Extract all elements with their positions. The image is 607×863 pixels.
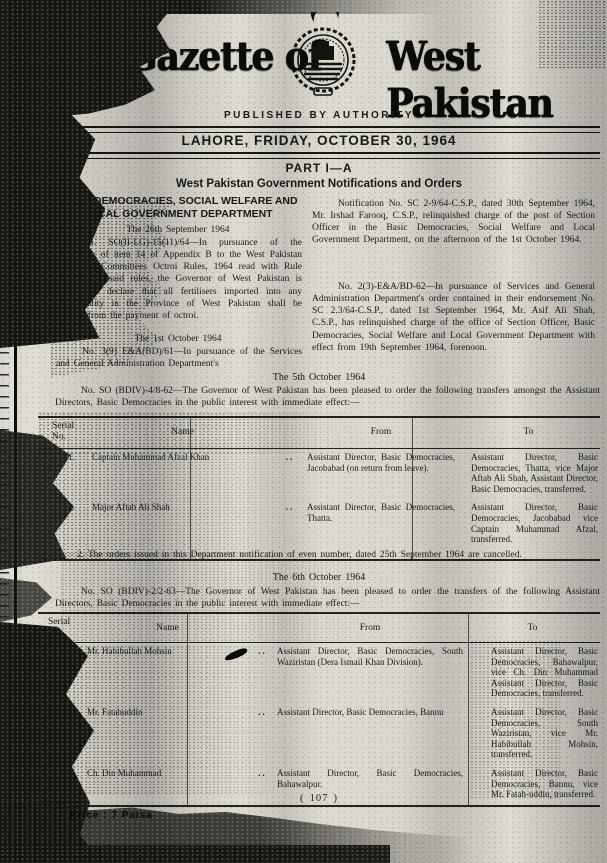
row-name: Mr. Fatahuddin <box>85 704 250 765</box>
table1-header-to: To <box>457 424 600 443</box>
table2-header-row: Serial No. Name From To <box>38 614 600 643</box>
notice1-intro: No. SO (BDIV)-4/8-62—The Governor of Wes… <box>55 385 600 409</box>
right-col-paragraph-2: No. 2(3)-E&A/BD-62—In pursuance of Servi… <box>312 281 595 354</box>
row-name: Captain Muhammad Afzal Khan <box>90 449 275 499</box>
table1-vline-2 <box>412 418 413 559</box>
row-from: Assistant Director, Basic Democracies, J… <box>305 449 457 499</box>
table-row: 1. Mr. Habibullah Mohsin .. Assistant Di… <box>38 643 600 704</box>
west-pakistan-crest-icon <box>284 12 362 100</box>
notice1-date: The 5th October 1964 <box>38 372 600 385</box>
row-name: Mr. Habibullah Mohsin <box>85 643 250 704</box>
notice2-date: The 6th October 1964 <box>38 572 600 585</box>
table2-header-to: To <box>465 620 600 639</box>
dot-leader: .. <box>250 704 275 765</box>
dateline: LAHORE, FRIDAY, OCTOBER 30, 1964 <box>38 133 600 148</box>
table2-header-name: Name <box>85 620 250 639</box>
dot-leader: .. <box>250 643 275 704</box>
row-from: Assistant Director, Basic Democracies, S… <box>275 643 465 704</box>
table1-header-name: Name <box>90 424 275 443</box>
rule-above-dateline <box>38 126 600 133</box>
row-from: Assistant Director, Basic Democracies, B… <box>275 704 465 765</box>
table2-vline-2 <box>468 614 469 805</box>
section-title: West Pakistan Government Notifications a… <box>38 178 600 190</box>
transfers-table-2: Serial No. Name From To 1. Mr. Habibulla… <box>38 612 600 807</box>
table2-header-from: From <box>275 620 465 639</box>
price-line: Price : 7 Paisa <box>70 810 153 821</box>
table2-vline-1 <box>187 614 188 805</box>
right-col-paragraph-1: Notification No. SC 2-9/64-C.S.P., dated… <box>312 198 595 247</box>
table-row: 2. Mr. Fatahuddin .. Assistant Director,… <box>38 704 600 765</box>
dot-leader: .. <box>275 449 305 499</box>
table1-vline-1 <box>190 418 191 559</box>
left-col-paragraph-2: No. 3(9) E&A(BD)/61—In pursuance of the … <box>56 346 302 370</box>
table1-header-from: From <box>305 424 457 443</box>
row-to: Assistant Director, Basic Democracies, T… <box>457 449 600 499</box>
page-number: ( 107 ) <box>38 792 600 805</box>
published-by-authority-line: PUBLISHED BY AUTHORITY <box>38 110 600 121</box>
notice2-intro: No. SO (BDIV)-2/2-63—The Governor of Wes… <box>55 586 600 610</box>
rule-below-dateline <box>38 152 600 159</box>
gazette-scanned-page: The Gazette of West Pakistan PUBLISHED B… <box>0 0 607 863</box>
table1-header-row: Serial No. Name From To <box>38 418 600 449</box>
notice1-footnote: 2. The orders issued in this Department … <box>55 549 600 561</box>
row-to: Assistant Director, Basic Democracies, B… <box>465 643 600 704</box>
transfers-table-1: Serial No. Name From To 1. Captain Muham… <box>38 416 600 561</box>
row-to: Assistant Director, Basic Democracies, S… <box>465 704 600 765</box>
table-row: 1. Captain Muhammad Afzal Khan .. Assist… <box>38 449 600 499</box>
part-heading: PART I—A <box>38 161 600 175</box>
torn-edge-bottom-strip <box>0 845 390 863</box>
